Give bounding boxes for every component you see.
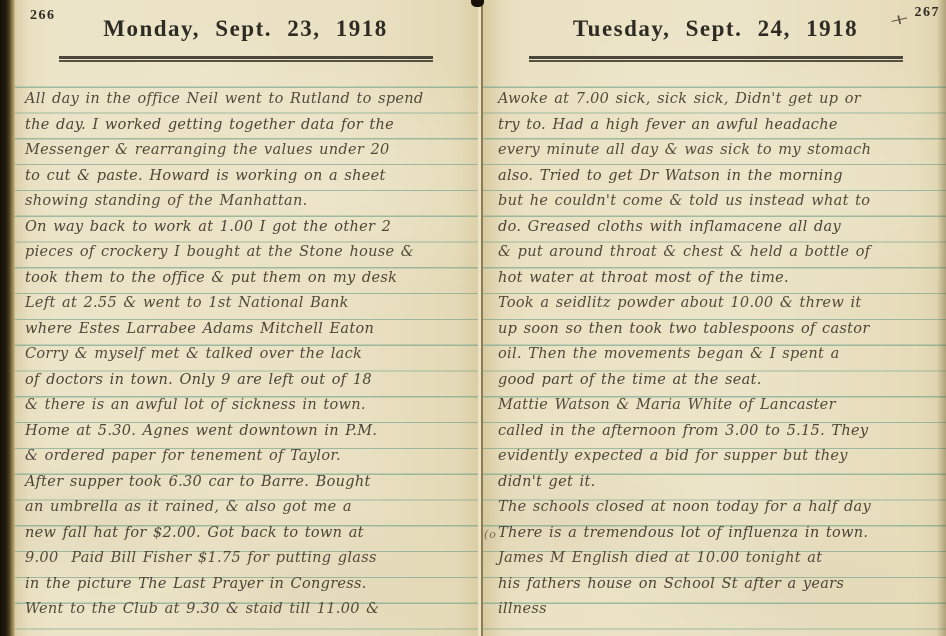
- handwritten-line: All day in the office Neil went to Rutla…: [25, 87, 471, 113]
- handwritten-line: showing standing of the Manhattan.: [25, 189, 471, 215]
- handwritten-line: up soon so then took two tablespoons of …: [498, 317, 943, 343]
- title-rule-right: [529, 56, 903, 62]
- handwritten-line: On way back to work at 1.00 I got the ot…: [25, 215, 471, 241]
- page-corner-right: + 267: [894, 5, 940, 30]
- title-rule-left: [59, 56, 433, 62]
- binding-notch: [471, 0, 484, 7]
- handwritten-line: After supper took 6.30 car to Barre. Bou…: [25, 470, 471, 496]
- handwritten-line: Awoke at 7.00 sick, sick sick, Didn't ge…: [498, 87, 943, 113]
- handwritten-line: of doctors in town. Only 9 are left out …: [25, 368, 471, 394]
- handwritten-line: hot water at throat most of the time.: [498, 266, 943, 292]
- handwritten-line: new fall hat for $2.00. Got back to town…: [25, 521, 471, 547]
- handwritten-line: to cut & paste. Howard is working on a s…: [25, 164, 471, 190]
- page-title-left: Monday, Sept. 23, 1918: [13, 16, 478, 42]
- handwritten-line: do. Greased cloths with inflamacene all …: [498, 215, 943, 241]
- handwritten-line: Took a seidlitz powder about 10.00 & thr…: [498, 291, 943, 317]
- diary-spread: 266 Monday, Sept. 23, 1918 All day in th…: [0, 0, 946, 636]
- handwritten-line: his fathers house on School St after a y…: [498, 572, 943, 598]
- handwritten-line: evidently expected a bid for supper but …: [498, 444, 943, 470]
- handwritten-line: James M English died at 10.00 tonight at: [498, 546, 943, 572]
- diary-page-left: 266 Monday, Sept. 23, 1918 All day in th…: [13, 0, 478, 636]
- handwritten-line: Went to the Club at 9.30 & staid till 11…: [25, 597, 471, 623]
- handwritten-line: Corry & myself met & talked over the lac…: [25, 342, 471, 368]
- handwritten-line: & ordered paper for tenement of Taylor.: [25, 444, 471, 470]
- handwritten-line: Left at 2.55 & went to 1st National Bank: [25, 291, 471, 317]
- handwritten-line: an umbrella as it rained, & also got me …: [25, 495, 471, 521]
- pencil-margin-mark: (o: [484, 528, 497, 541]
- handwritten-line: Messenger & rearranging the values under…: [25, 138, 471, 164]
- handwritten-line: where Estes Larrabee Adams Mitchell Eato…: [25, 317, 471, 343]
- page-title-right: Tuesday, Sept. 24, 1918: [483, 16, 946, 42]
- page-number-left: 266: [30, 8, 56, 24]
- handwritten-line: try to. Had a high fever an awful headac…: [498, 113, 943, 139]
- handwritten-line: Mattie Watson & Maria White of Lancaster: [498, 393, 943, 419]
- handwriting-left: All day in the office Neil went to Rutla…: [25, 87, 471, 623]
- handwritten-line: the day. I worked getting together data …: [25, 113, 471, 139]
- diary-page-right: + 267 Tuesday, Sept. 24, 1918 (o Awoke a…: [481, 0, 946, 636]
- handwritten-line: The schools closed at noon today for a h…: [498, 495, 943, 521]
- page-edge-right: [937, 0, 946, 636]
- handwritten-line: every minute all day & was sick to my st…: [498, 138, 943, 164]
- handwritten-line: oil. Then the movements began & I spent …: [498, 342, 943, 368]
- handwritten-line: called in the afternoon from 3.00 to 5.1…: [498, 419, 943, 445]
- handwritten-line: There is a tremendous lot of influenza i…: [498, 521, 943, 547]
- handwritten-line: but he couldn't come & told us instead w…: [498, 189, 943, 215]
- handwritten-line: Home at 5.30. Agnes went downtown in P.M…: [25, 419, 471, 445]
- handwritten-line: didn't get it.: [498, 470, 943, 496]
- handwritten-line: good part of the time at the seat.: [498, 368, 943, 394]
- handwritten-line: illness: [498, 597, 943, 623]
- handwritten-line: took them to the office & put them on my…: [25, 266, 471, 292]
- handwritten-line: & put around throat & chest & held a bot…: [498, 240, 943, 266]
- pencil-plus-mark: +: [888, 9, 911, 32]
- handwritten-line: in the picture The Last Prayer in Congre…: [25, 572, 471, 598]
- handwritten-line: & there is an awful lot of sickness in t…: [25, 393, 471, 419]
- book-edge-left: [0, 0, 15, 636]
- handwritten-line: pieces of crockery I bought at the Stone…: [25, 240, 471, 266]
- handwritten-line: 9.00 Paid Bill Fisher $1.75 for putting …: [25, 546, 471, 572]
- handwritten-line: also. Tried to get Dr Watson in the morn…: [498, 164, 943, 190]
- handwriting-right: Awoke at 7.00 sick, sick sick, Didn't ge…: [498, 87, 943, 623]
